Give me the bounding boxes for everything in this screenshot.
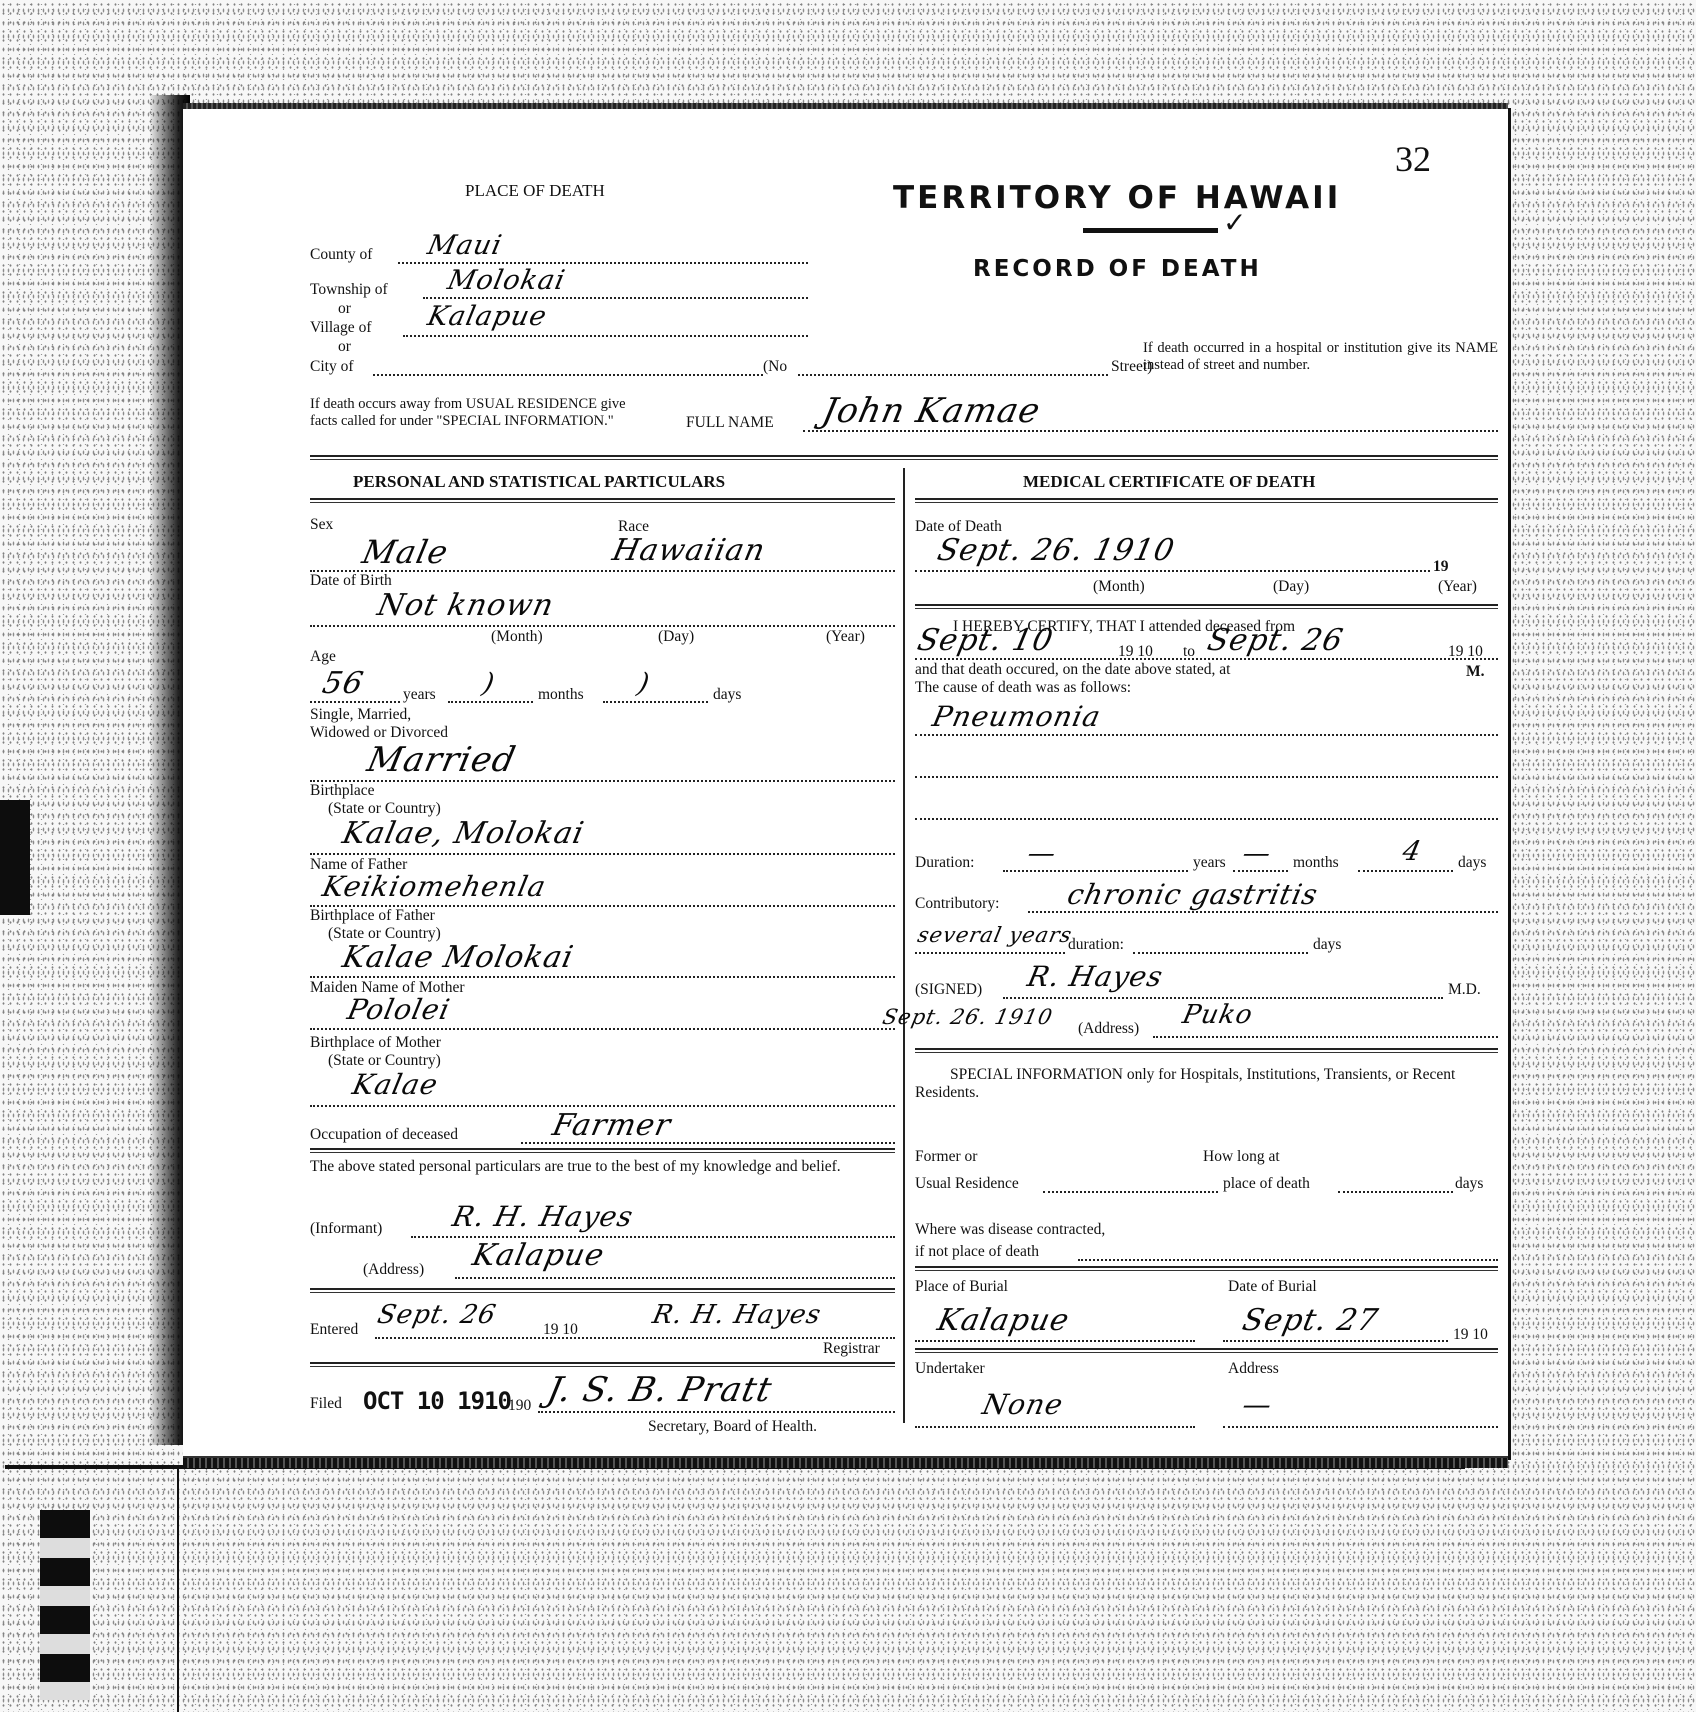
death-occurred-text: and that death occured, on the date abov…: [915, 661, 1230, 679]
village-line: [403, 335, 808, 337]
informant-address-label: (Address): [363, 1261, 424, 1279]
full-name-label: FULL NAME: [686, 414, 774, 432]
if-not-label: if not place of death: [915, 1243, 1039, 1261]
page-number: 32: [1395, 138, 1431, 180]
days-label: days: [1455, 1175, 1483, 1193]
informant-label: (Informant): [310, 1220, 382, 1238]
cause-value: Pneumonia: [929, 700, 1104, 733]
marital-line: [310, 780, 895, 782]
signed-label: (SIGNED): [915, 981, 982, 999]
burial-year: 19 10: [1453, 1326, 1488, 1344]
township-value: Molokai: [445, 265, 568, 296]
city-line: [373, 374, 763, 376]
or-label: or: [338, 300, 351, 318]
county-line: [398, 262, 808, 264]
document-subtitle: RECORD OF DEATH: [973, 256, 1262, 282]
age-months-line: [448, 701, 533, 703]
age-years-line: [310, 701, 400, 703]
section-rule: [310, 1362, 895, 1367]
duration-years-line: [1003, 870, 1188, 872]
township-label: Township of: [310, 281, 388, 299]
father-birthplace-value: Kalae Molokai: [339, 940, 577, 975]
cause-intro: The cause of death was as follows:: [915, 679, 1131, 697]
m-label: M.: [1466, 663, 1485, 681]
days-label: days: [713, 686, 741, 704]
dob-label: Date of Birth: [310, 572, 392, 590]
hospital-note: If death occurred in a hospital or insti…: [1143, 340, 1498, 373]
burial-date-line: [1223, 1340, 1448, 1342]
sex-value: Male: [359, 533, 452, 571]
undertaker-value: None: [979, 1388, 1066, 1421]
index-tab-mark: [0, 800, 30, 915]
signed-date: Sept. 26. 1910: [880, 1005, 1055, 1029]
days2-label: days: [1313, 936, 1341, 954]
years-label: years: [1193, 854, 1226, 872]
attended-from-year: 19 10: [1118, 643, 1153, 661]
medical-heading: MEDICAL CERTIFICATE OF DEATH: [1023, 472, 1315, 492]
duration-months: —: [1240, 838, 1275, 869]
number-label: (No: [763, 358, 787, 376]
birthplace-value: Kalae, Molokai: [339, 816, 587, 851]
village-label: Village of: [310, 319, 371, 337]
years-label: years: [403, 686, 436, 704]
undertaker-label: Undertaker: [915, 1360, 985, 1378]
contributory-line: [1028, 911, 1498, 913]
how-long-line: [1338, 1191, 1453, 1193]
registrar-signature: R. H. Hayes: [650, 1300, 824, 1330]
entered-year: 19 10: [543, 1321, 578, 1339]
section-rule: [310, 498, 895, 503]
burial-place-label: Place of Burial: [915, 1278, 1008, 1296]
section-rule: [915, 1266, 1498, 1271]
physician-address-label: (Address): [1078, 1020, 1139, 1038]
to-label: to: [1183, 643, 1195, 661]
informant-address-value: Kalapue: [469, 1238, 608, 1273]
father-value: Keikiomehenla: [319, 870, 549, 903]
secretary-signature: J. S. B. Pratt: [544, 1370, 776, 1410]
sex-label: Sex: [310, 516, 333, 534]
race-value: Hawaiian: [609, 533, 768, 568]
duration-months-line: [1233, 870, 1288, 872]
entered-line: [375, 1337, 895, 1339]
occupation-value: Farmer: [549, 1108, 674, 1143]
contributory-value: chronic gastritis: [1064, 878, 1321, 911]
village-value: Kalapue: [425, 301, 550, 332]
contributory-duration-line: [915, 952, 1065, 954]
year-label: (Year): [1438, 578, 1477, 596]
attestation-text: The above stated personal particulars ar…: [310, 1158, 895, 1176]
dod-year-prefix: 19: [1433, 558, 1449, 576]
birthplace-label: Birthplace: [310, 782, 375, 800]
informant-address-line: [455, 1277, 895, 1279]
cause-line-1: [915, 734, 1498, 736]
filed-stamp: OCT 10 1910: [363, 1388, 511, 1416]
how-long-label: How long at: [1203, 1148, 1280, 1166]
birthplace-line: [310, 853, 895, 855]
attended-from: Sept. 10: [914, 623, 1056, 658]
place-of-death-label: place of death: [1223, 1175, 1310, 1193]
months-label: months: [538, 686, 584, 704]
year-label: (Year): [826, 628, 865, 646]
section-rule: [310, 1148, 895, 1153]
months-label: months: [1293, 854, 1339, 872]
check-mark: ✓: [1223, 206, 1246, 240]
document-title: TERRITORY OF HAWAII: [893, 180, 1341, 216]
township-line: [423, 297, 808, 299]
where-contracted-label: Where was disease contracted,: [915, 1221, 1105, 1239]
filed-label: Filed: [310, 1395, 342, 1413]
attended-to: Sept. 26: [1204, 623, 1346, 658]
cause-line-3: [915, 818, 1498, 820]
away-note: If death occurs away from USUAL RESIDENC…: [310, 396, 645, 431]
contributory-duration-value: several years: [915, 923, 1074, 947]
informant-value: R. H. Hayes: [449, 1200, 636, 1233]
city-label: City of: [310, 358, 354, 376]
dob-line: [310, 625, 895, 627]
days-label: days: [1458, 854, 1486, 872]
entered-label: Entered: [310, 1321, 358, 1339]
age-label: Age: [310, 648, 336, 666]
personal-heading: PERSONAL AND STATISTICAL PARTICULARS: [353, 472, 725, 492]
scale-bar: [40, 1510, 90, 1700]
where-contracted-line: [1078, 1259, 1498, 1261]
burial-date-label: Date of Burial: [1228, 1278, 1317, 1296]
cause-line-2: [915, 776, 1498, 778]
age-years: 56: [319, 666, 367, 701]
filed-line: [538, 1411, 895, 1413]
filed-suffix: 190: [508, 1397, 531, 1415]
county-value: Maui: [425, 230, 505, 261]
attended-line: [915, 658, 1498, 660]
age-days-line: [603, 701, 708, 703]
county-label: County of: [310, 246, 372, 264]
usual-residence-line: [1043, 1191, 1218, 1193]
duration-label: Duration:: [915, 854, 974, 872]
undertaker-address-label: Address: [1228, 1360, 1279, 1378]
burial-place-line: [915, 1340, 1195, 1342]
day-label: (Day): [1273, 578, 1309, 596]
marital-label: Single, Married,: [310, 706, 411, 724]
entered-date: Sept. 26: [375, 1300, 499, 1330]
mother-birthplace-value: Kalae: [349, 1068, 441, 1101]
burial-date-value: Sept. 27: [1239, 1303, 1381, 1338]
duration-days-line: [1358, 870, 1453, 872]
month-label: (Month): [491, 628, 543, 646]
usual-residence-label: Usual Residence: [915, 1175, 1019, 1193]
mother-line: [310, 1028, 895, 1030]
undertaker-address-line: [1223, 1426, 1498, 1428]
age-days: ): [635, 668, 653, 699]
physician-address-value: Puko: [1180, 1000, 1256, 1030]
or-label: or: [338, 338, 351, 356]
occupation-label: Occupation of deceased: [310, 1126, 458, 1144]
duration2-line: [1133, 952, 1308, 954]
title-rule: [1083, 228, 1218, 233]
dod-line: [915, 570, 1430, 572]
marital-value: Married: [364, 740, 520, 780]
section-rule: [915, 1048, 1498, 1053]
physician-signature: R. Hayes: [1024, 960, 1166, 993]
scan-edge-line-vertical: [177, 1465, 179, 1712]
column-divider: [903, 468, 905, 1423]
street-line: [798, 374, 1108, 376]
section-rule: [915, 1348, 1498, 1353]
death-record-form: 32 TERRITORY OF HAWAII ✓ RECORD OF DEATH…: [183, 108, 1511, 1460]
full-name-value: John Kamae: [819, 391, 1045, 431]
place-of-death-heading: PLACE OF DEATH: [465, 181, 605, 201]
section-rule: [915, 498, 1498, 503]
mother-value: Pololei: [344, 993, 453, 1026]
dod-value: Sept. 26. 1910: [934, 533, 1178, 568]
registrar-label: Registrar: [823, 1340, 880, 1358]
secretary-label: Secretary, Board of Health.: [648, 1418, 817, 1436]
age-months: ): [480, 668, 498, 699]
dob-value: Not known: [374, 588, 557, 623]
contributory-label: Contributory:: [915, 895, 999, 913]
day-label: (Day): [658, 628, 694, 646]
attended-to-year: 19 10: [1448, 643, 1483, 661]
undertaker-address-value: —: [1239, 1388, 1275, 1421]
mother-birthplace-label: Birthplace of Mother: [310, 1034, 441, 1052]
month-label: (Month): [1093, 578, 1145, 596]
duration-years: —: [1025, 838, 1060, 869]
duration2-label: duration:: [1068, 936, 1124, 954]
section-rule: [310, 455, 1498, 460]
father-birthplace-label: Birthplace of Father: [310, 907, 435, 925]
section-rule: [915, 604, 1498, 609]
physician-address-line: [1153, 1036, 1498, 1038]
signed-line: [1003, 997, 1443, 999]
duration-days: 4: [1400, 836, 1425, 867]
undertaker-line: [915, 1426, 1195, 1428]
mother-birthplace-line: [310, 1105, 895, 1107]
md-label: M.D.: [1448, 981, 1481, 999]
former-label: Former or: [915, 1148, 977, 1166]
special-info-heading: SPECIAL INFORMATION only for Hospitals, …: [915, 1066, 1498, 1102]
section-rule: [310, 1288, 895, 1293]
father-birthplace-line: [310, 976, 895, 978]
burial-place-value: Kalapue: [934, 1303, 1073, 1338]
